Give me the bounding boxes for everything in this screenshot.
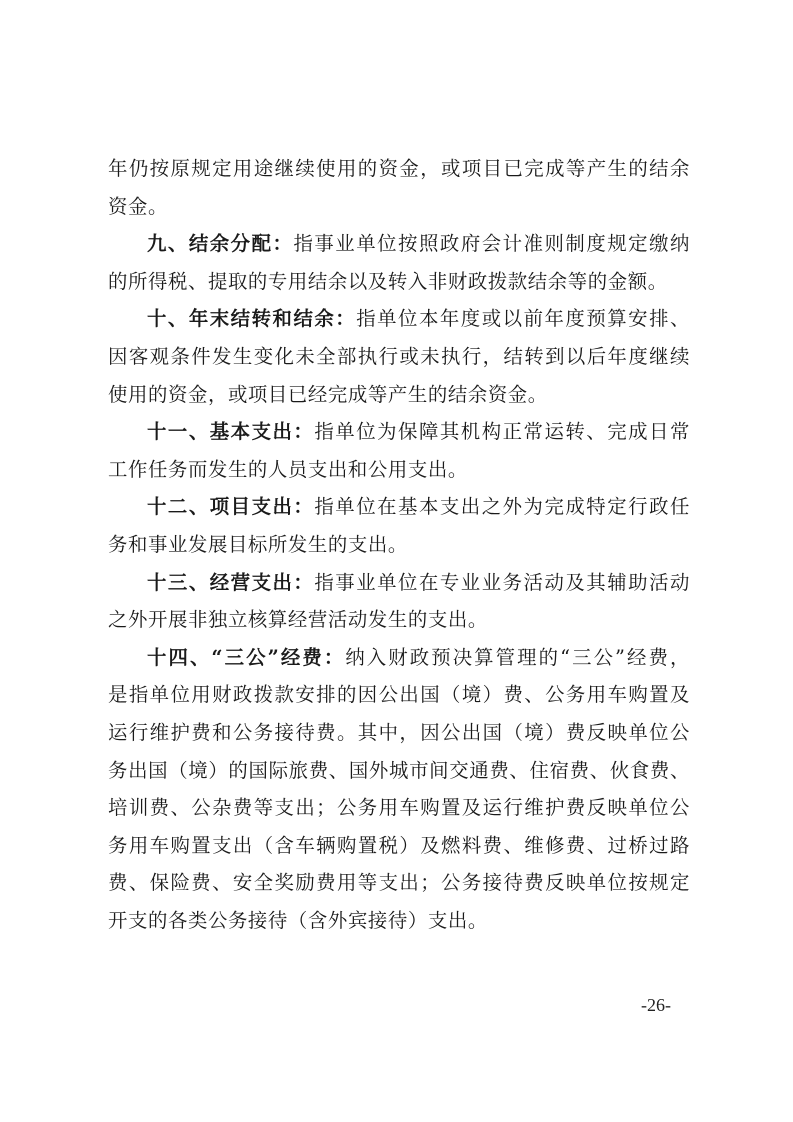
paragraph-line: 务出国（境）的国际旅费、国外城市间交通费、住宿费、伙食费、	[108, 752, 690, 790]
paragraph-line: 十四、“三公”经费：纳入财政预决算管理的“三公”经费，	[108, 639, 690, 677]
term-heading: 十四、“三公”经费：	[147, 646, 345, 669]
paragraph-line: 运行维护费和公务接待费。其中，因公出国（境）费反映单位公	[108, 714, 690, 752]
definition-text: 指事业单位在专业业务活动及其辅助活动	[314, 571, 690, 594]
term-heading: 十二、项目支出：	[147, 495, 314, 518]
paragraph-line: 十一、基本支出：指单位为保障其机构正常运转、完成日常	[108, 413, 690, 451]
paragraph-line: 培训费、公杂费等支出；公务用车购置及运行维护费反映单位公	[108, 789, 690, 827]
paragraph-line: 费、保险费、安全奖励费用等支出；公务接待费反映单位按规定	[108, 864, 690, 902]
paragraph-line: 年仍按原规定用途继续使用的资金，或项目已完成等产生的结余	[108, 150, 690, 188]
paragraph-line: 之外开展非独立核算经营活动发生的支出。	[108, 601, 690, 639]
document-page: 年仍按原规定用途继续使用的资金，或项目已完成等产生的结余 资金。 九、结余分配：…	[108, 150, 690, 939]
definition-text: 指事业单位按照政府会计准则制度规定缴纳	[293, 232, 690, 255]
page-number: -26-	[641, 995, 671, 1016]
paragraph-line: 因客观条件发生变化未全部执行或未执行，结转到以后年度继续	[108, 338, 690, 376]
term-heading: 十一、基本支出：	[147, 420, 314, 443]
term-heading: 十、年末结转和结余：	[147, 307, 356, 330]
paragraph-line: 使用的资金，或项目已经完成等产生的结余资金。	[108, 376, 690, 414]
paragraph-line: 务和事业发展目标所发生的支出。	[108, 526, 690, 564]
paragraph-line: 务用车购置支出（含车辆购置税）及燃料费、维修费、过桥过路	[108, 827, 690, 865]
definition-text: 指单位本年度或以前年度预算安排、	[356, 307, 690, 330]
term-heading: 九、结余分配：	[147, 232, 293, 255]
paragraph-line: 资金。	[108, 188, 690, 226]
paragraph-line: 十二、项目支出：指单位在基本支出之外为完成特定行政任	[108, 488, 690, 526]
paragraph-line: 的所得税、提取的专用结余以及转入非财政拨款结余等的金额。	[108, 263, 690, 301]
definition-text: 指单位在基本支出之外为完成特定行政任	[314, 495, 690, 518]
paragraph-line: 十、年末结转和结余：指单位本年度或以前年度预算安排、	[108, 300, 690, 338]
definition-text: 指单位为保障其机构正常运转、完成日常	[314, 420, 690, 443]
paragraph-line: 工作任务而发生的人员支出和公用支出。	[108, 451, 690, 489]
paragraph-line: 是指单位用财政拨款安排的因公出国（境）费、公务用车购置及	[108, 676, 690, 714]
paragraph-line: 十三、经营支出：指事业单位在专业业务活动及其辅助活动	[108, 564, 690, 602]
paragraph-line: 开支的各类公务接待（含外宾接待）支出。	[108, 902, 690, 940]
definition-text: 纳入财政预决算管理的“三公”经费，	[345, 646, 690, 669]
paragraph-line: 九、结余分配：指事业单位按照政府会计准则制度规定缴纳	[108, 225, 690, 263]
term-heading: 十三、经营支出：	[147, 571, 314, 594]
